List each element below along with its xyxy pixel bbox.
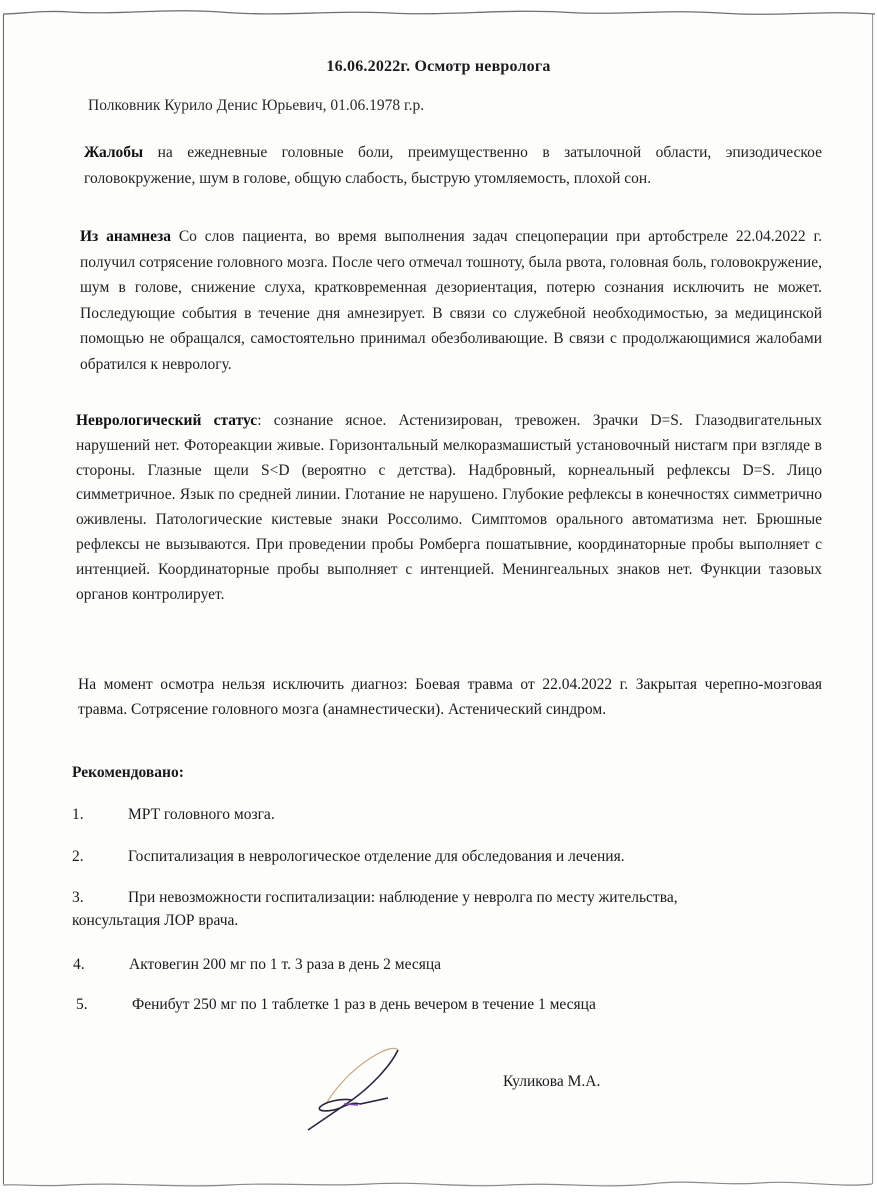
item-text: МРТ головного мозга. bbox=[128, 806, 275, 823]
item-number: 1. bbox=[72, 806, 128, 824]
patient-line: Полковник Курило Денис Юрьевич, 01.06.19… bbox=[88, 97, 424, 115]
signer-name: Куликова М.А. bbox=[503, 1073, 600, 1091]
item-number: 3. bbox=[72, 889, 128, 907]
diagnosis-paragraph: На момент осмотра нельзя исключить диагн… bbox=[78, 672, 822, 722]
recommendation-item: 3.При невозможности госпитализации: набл… bbox=[72, 889, 832, 930]
anamnesis-label: Из анамнеза bbox=[80, 228, 171, 245]
recommendation-item: 5.Фенибут 250 мг по 1 таблетке 1 раз в д… bbox=[76, 996, 596, 1014]
item-text: При невозможности госпитализации: наблюд… bbox=[128, 889, 678, 906]
neuro-status-paragraph: Неврологический статус: сознание ясное. … bbox=[76, 409, 822, 607]
neuro-status-label: Неврологический статус bbox=[76, 412, 257, 429]
signature-icon bbox=[300, 1042, 410, 1132]
recommendation-item: 2.Госпитализация в неврологическое отдел… bbox=[72, 848, 625, 866]
complaints-paragraph: Жалобы на ежедневные головные боли, преи… bbox=[84, 140, 822, 191]
item-number: 5. bbox=[76, 996, 132, 1014]
complaints-text: на ежедневные головные боли, преимуществ… bbox=[84, 144, 822, 187]
item-number: 2. bbox=[72, 848, 128, 866]
recommendations-heading: Рекомендовано: bbox=[72, 764, 184, 782]
item-text-continuation: консультация ЛОР врача. bbox=[72, 912, 832, 930]
anamnesis-text: Со слов пациента, во время выполнения за… bbox=[80, 228, 822, 373]
item-text: Актовегин 200 мг по 1 т. 3 раза в день 2… bbox=[129, 956, 441, 973]
item-text: Госпитализация в неврологическое отделен… bbox=[128, 848, 625, 865]
recommendation-item: 1.МРТ головного мозга. bbox=[72, 806, 275, 824]
neuro-status-text: : сознание ясное. Астенизирован, тревоже… bbox=[76, 412, 822, 603]
complaints-label: Жалобы bbox=[84, 144, 143, 161]
anamnesis-paragraph: Из анамнеза Со слов пациента, во время в… bbox=[80, 224, 822, 377]
document-title: 16.06.2022г. Осмотр невролога bbox=[0, 58, 877, 76]
item-text: Фенибут 250 мг по 1 таблетке 1 раз в ден… bbox=[132, 996, 596, 1013]
item-number: 4. bbox=[73, 956, 129, 974]
recommendation-item: 4.Актовегин 200 мг по 1 т. 3 раза в день… bbox=[73, 956, 441, 974]
medical-report: 16.06.2022г. Осмотр невролога Полковник … bbox=[0, 0, 877, 1200]
